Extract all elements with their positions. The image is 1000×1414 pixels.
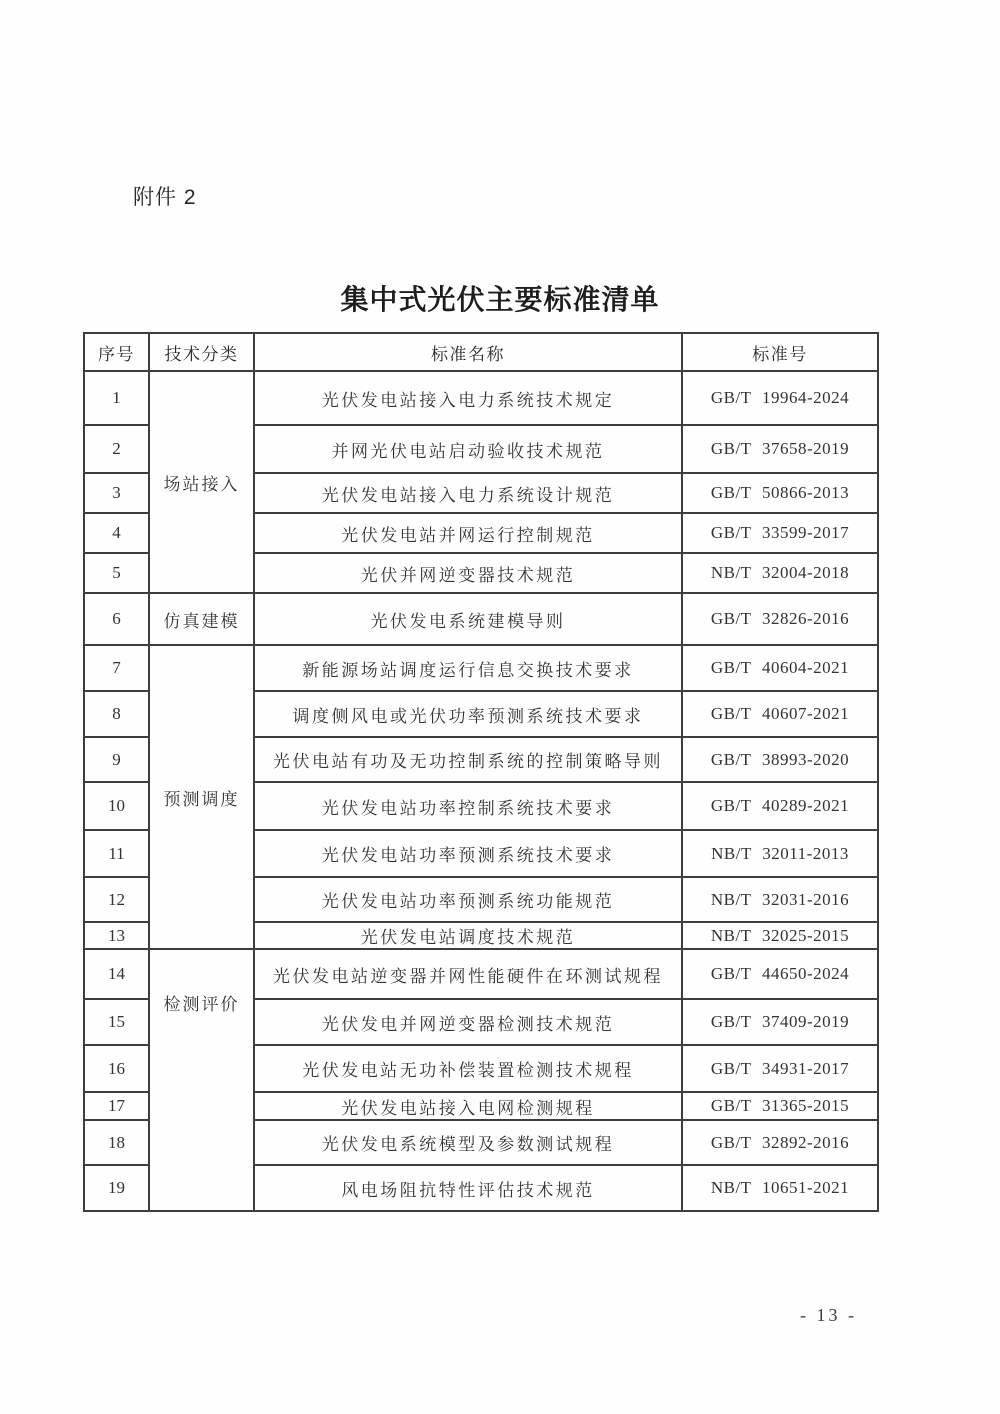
row-index: 13 [84,922,149,949]
column-header-index: 序号 [84,333,149,371]
row-index: 11 [84,830,149,877]
row-index: 17 [84,1092,149,1120]
row-index: 1 [84,371,149,425]
standard-code-cell: GB/T 37658-2019 [682,425,878,473]
standard-name-cell: 光伏发电并网逆变器检测技术规范 [254,999,682,1045]
table-row: 1 场站接入 光伏发电站接入电力系统技术规定 GB/T 19964-2024 [84,371,878,425]
standard-name-cell: 光伏发电系统建模导则 [254,593,682,645]
row-index: 4 [84,513,149,553]
standard-name-cell: 光伏发电站并网运行控制规范 [254,513,682,553]
standard-code-cell: GB/T 19964-2024 [682,371,878,425]
category-cell: 场站接入 [149,371,254,593]
standard-name-cell: 光伏电站有功及无功控制系统的控制策略导则 [254,737,682,782]
standard-name-cell: 光伏发电站逆变器并网性能硬件在环测试规程 [254,949,682,999]
standard-code-cell: NB/T 32011-2013 [682,830,878,877]
standard-name-cell: 光伏发电站功率预测系统技术要求 [254,830,682,877]
table-header-row: 序号 技术分类 标准名称 标准号 [84,333,878,371]
attachment-label: 附件 2 [133,181,197,211]
category-cell: 检测评价 [149,949,254,1211]
row-index: 7 [84,645,149,691]
row-index: 16 [84,1045,149,1092]
standard-name-cell: 风电场阻抗特性评估技术规范 [254,1165,682,1211]
row-index: 6 [84,593,149,645]
standard-name-cell: 新能源场站调度运行信息交换技术要求 [254,645,682,691]
column-header-name: 标准名称 [254,333,682,371]
row-index: 14 [84,949,149,999]
standard-name-cell: 光伏发电系统模型及参数测试规程 [254,1120,682,1165]
standard-name-cell: 并网光伏电站启动验收技术规范 [254,425,682,473]
row-index: 10 [84,782,149,830]
standard-name-cell: 光伏发电站调度技术规范 [254,922,682,949]
standard-code-cell: GB/T 32826-2016 [682,593,878,645]
standard-code-cell: NB/T 32025-2015 [682,922,878,949]
table-row: 7 预测调度 新能源场站调度运行信息交换技术要求 GB/T 40604-2021 [84,645,878,691]
column-header-category: 技术分类 [149,333,254,371]
standard-code-cell: GB/T 40607-2021 [682,691,878,737]
standard-code-cell: NB/T 32004-2018 [682,553,878,593]
category-cell: 预测调度 [149,645,254,949]
standard-code-cell: GB/T 50866-2013 [682,473,878,513]
standard-name-cell: 光伏发电站接入电力系统设计规范 [254,473,682,513]
standard-name-cell: 光伏并网逆变器技术规范 [254,553,682,593]
standard-code-cell: GB/T 40604-2021 [682,645,878,691]
table-row: 14 检测评价 光伏发电站逆变器并网性能硬件在环测试规程 GB/T 44650-… [84,949,878,999]
standard-code-cell: GB/T 34931-2017 [682,1045,878,1092]
table-row: 6 仿真建模 光伏发电系统建模导则 GB/T 32826-2016 [84,593,878,645]
document-title: 集中式光伏主要标准清单 [0,278,1000,318]
standard-code-cell: GB/T 31365-2015 [682,1092,878,1120]
standard-code-cell: NB/T 10651-2021 [682,1165,878,1211]
row-index: 9 [84,737,149,782]
standard-name-cell: 光伏发电站无功补偿装置检测技术规程 [254,1045,682,1092]
standard-code-cell: GB/T 44650-2024 [682,949,878,999]
standard-name-cell: 光伏发电站功率控制系统技术要求 [254,782,682,830]
standard-name-cell: 光伏发电站接入电力系统技术规定 [254,371,682,425]
column-header-code: 标准号 [682,333,878,371]
document-page: 附件 2 集中式光伏主要标准清单 序号 技术分类 标准名称 标准号 1 场站接入… [0,0,1000,1414]
standard-name-cell: 光伏发电站功率预测系统功能规范 [254,877,682,922]
row-index: 19 [84,1165,149,1211]
standard-name-cell: 调度侧风电或光伏功率预测系统技术要求 [254,691,682,737]
row-index: 15 [84,999,149,1045]
row-index: 5 [84,553,149,593]
row-index: 8 [84,691,149,737]
standards-table: 序号 技术分类 标准名称 标准号 1 场站接入 光伏发电站接入电力系统技术规定 … [83,332,879,1212]
page-number: - 13 - [800,1305,857,1326]
standard-code-cell: GB/T 33599-2017 [682,513,878,553]
standard-code-cell: GB/T 38993-2020 [682,737,878,782]
category-cell: 仿真建模 [149,593,254,645]
standard-code-cell: GB/T 32892-2016 [682,1120,878,1165]
standard-name-cell: 光伏发电站接入电网检测规程 [254,1092,682,1120]
standard-code-cell: GB/T 37409-2019 [682,999,878,1045]
row-index: 3 [84,473,149,513]
row-index: 2 [84,425,149,473]
standard-code-cell: GB/T 40289-2021 [682,782,878,830]
row-index: 18 [84,1120,149,1165]
standard-code-cell: NB/T 32031-2016 [682,877,878,922]
row-index: 12 [84,877,149,922]
